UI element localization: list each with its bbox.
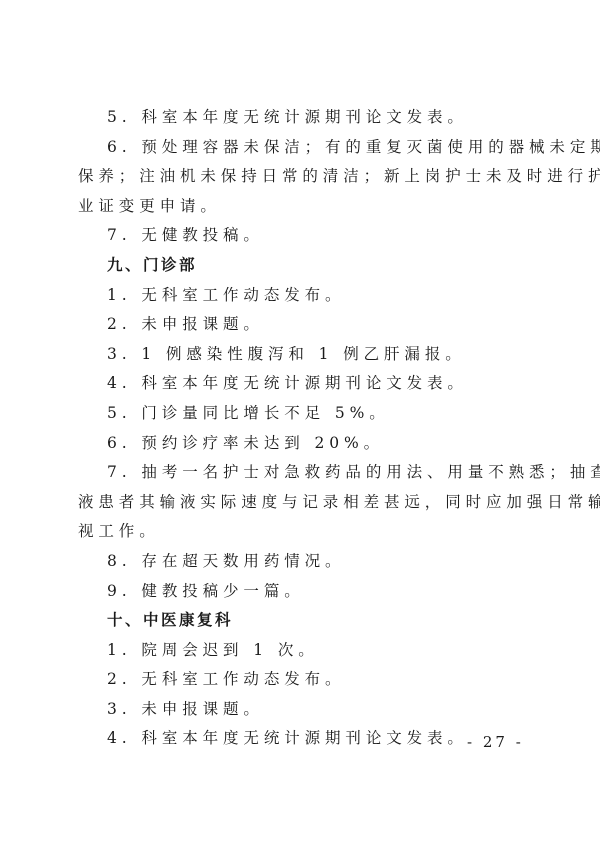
paragraph-line: 视工作。 [78,517,518,547]
paragraph-line: 1. 无科室工作动态发布。 [78,281,518,311]
section-heading: 十、中医康复科 [78,606,518,636]
paragraph-line: 2. 无科室工作动态发布。 [78,665,518,695]
paragraph-line: 液患者其输液实际速度与记录相差甚远，同时应加强日常输液巡 [78,488,518,518]
paragraph-line: 6. 预约诊疗率未达到 20%。 [78,429,518,459]
paragraph-line: 3. 1 例感染性腹泻和 1 例乙肝漏报。 [78,340,518,370]
paragraph-line: 9. 健教投稿少一篇。 [78,577,518,607]
paragraph-line: 4. 科室本年度无统计源期刊论文发表。 [78,724,518,754]
section-heading: 九、门诊部 [78,251,518,281]
paragraph-line: 8. 存在超天数用药情况。 [78,547,518,577]
paragraph-line: 7. 无健教投稿。 [78,221,518,251]
page-number: - 27 - [467,733,524,751]
paragraph-line: 4. 科室本年度无统计源期刊论文发表。 [78,369,518,399]
paragraph-line: 5. 门诊量同比增长不足 5%。 [78,399,518,429]
document-body: 5. 科室本年度无统计源期刊论文发表。 6. 预处理容器未保洁；有的重复灭菌使用… [78,103,518,754]
paragraph-line: 5. 科室本年度无统计源期刊论文发表。 [78,103,518,133]
paragraph-line: 1. 院周会迟到 1 次。 [78,636,518,666]
paragraph-line: 2. 未申报课题。 [78,310,518,340]
paragraph-line: 3. 未申报课题。 [78,695,518,725]
paragraph-line: 业证变更申请。 [78,192,518,222]
paragraph-line: 保养；注油机未保持日常的清洁；新上岗护士未及时进行护士执 [78,162,518,192]
paragraph-line: 7. 抽考一名护士对急救药品的用法、用量不熟悉；抽查一输 [78,458,518,488]
paragraph-line: 6. 预处理容器未保洁；有的重复灭菌使用的器械未定期去污 [78,133,518,163]
